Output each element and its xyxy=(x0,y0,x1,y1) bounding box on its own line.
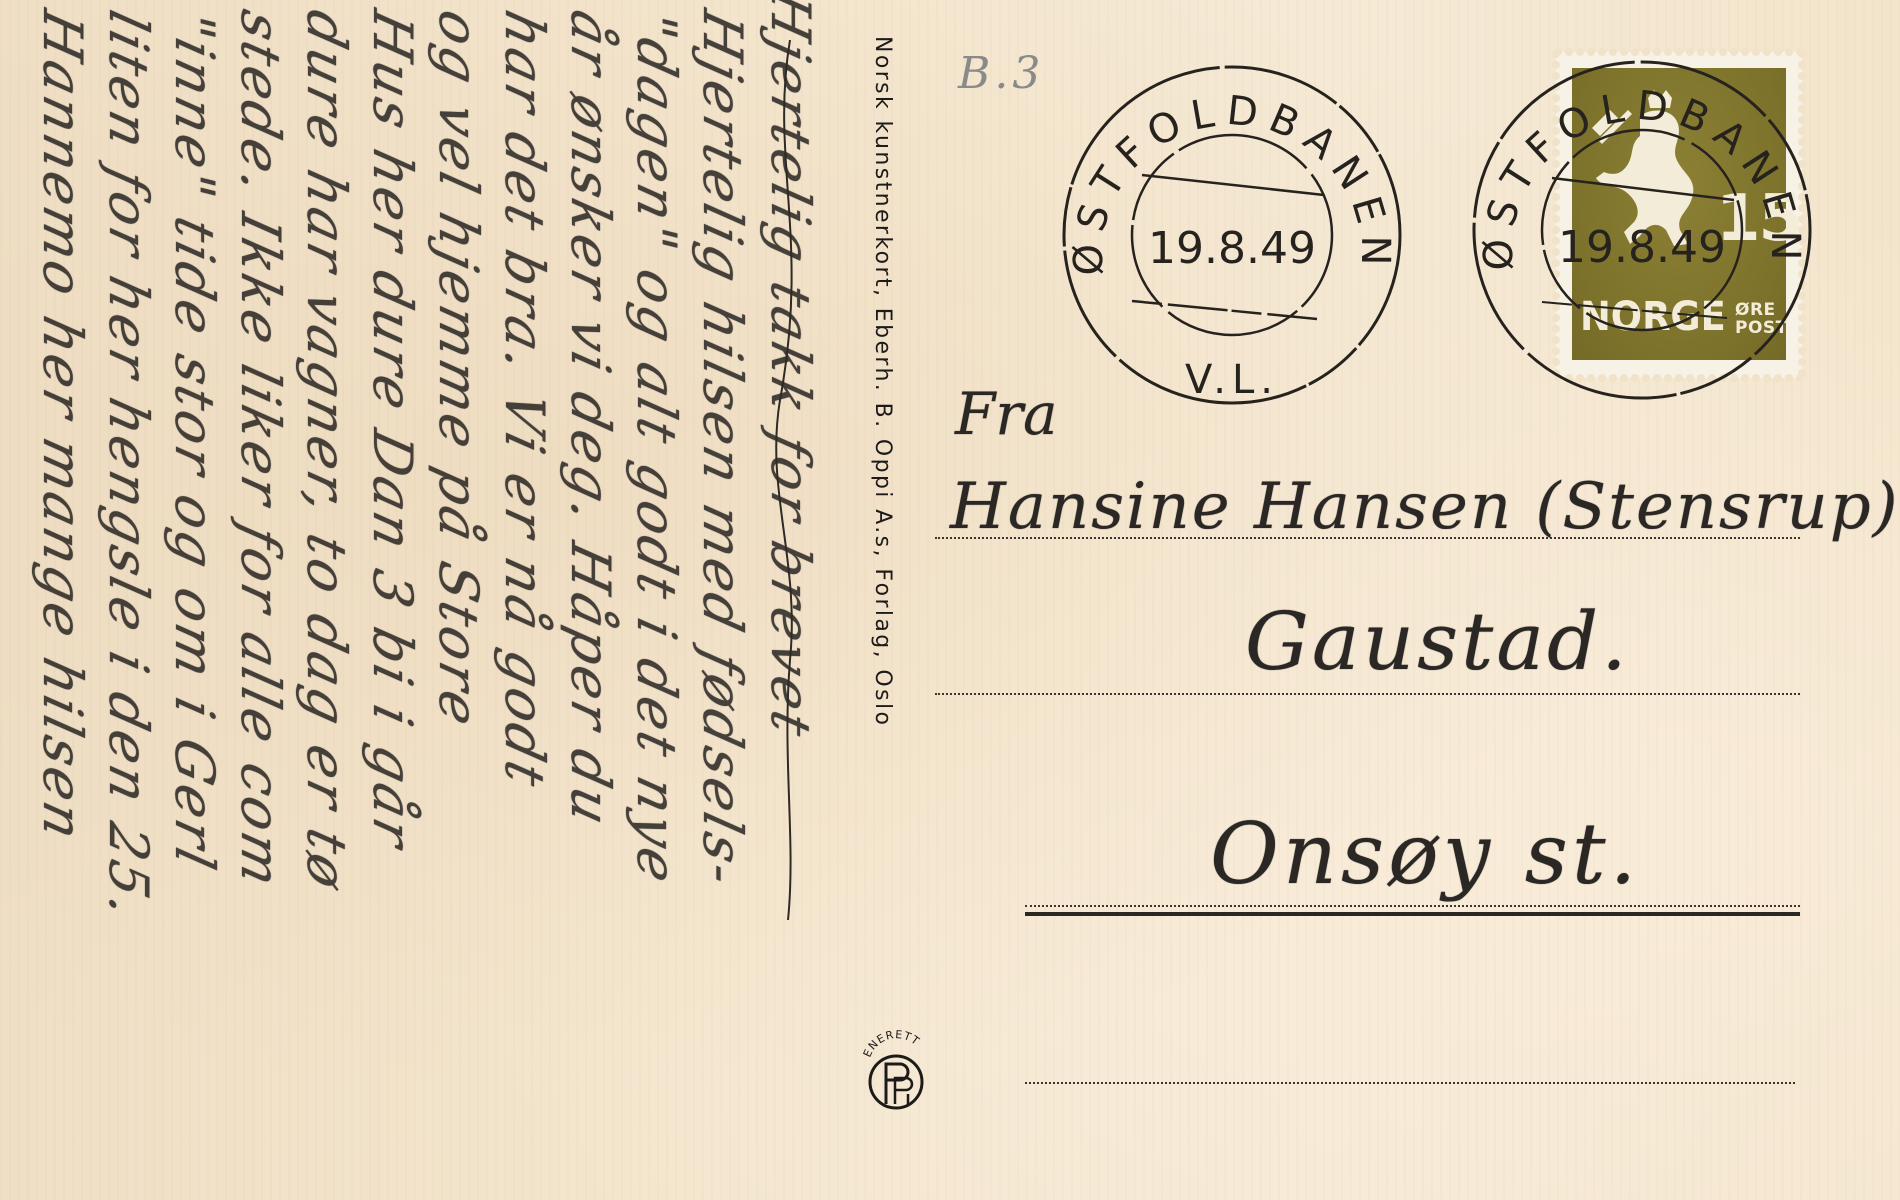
pencil-note: B.3 xyxy=(958,48,1044,99)
postmark-bottom-text: V.L. xyxy=(1185,357,1279,403)
message-line: år ønsker vi deg. Håper du xyxy=(559,4,622,834)
message-line: Hjertelig hilsen med fødsels- xyxy=(691,4,754,894)
message-line: "dagen" og alt godt i det nye xyxy=(625,4,688,892)
postmark-cancel-on-stamp: ØSTFOLDBANEN 19.8.49 xyxy=(1462,50,1822,410)
message-line: dure har vagner, to dag er tø xyxy=(295,4,358,898)
signature-flourish-stroke xyxy=(760,40,820,920)
recipient-name: Hansine Hansen (Stensrup) xyxy=(950,470,1900,544)
address-line-4 xyxy=(1025,1082,1795,1084)
handwritten-message: Hjertelig takk for brevet Hjertelig hils… xyxy=(0,0,850,1200)
message-line: stede. Ikke liker for alle com xyxy=(229,4,292,895)
address-underline xyxy=(1025,912,1800,916)
enerett-logo-icon: ENERETT xyxy=(858,1020,934,1116)
postmark-cancel: ØSTFOLDBANEN 19.8.49 V.L. xyxy=(1052,55,1412,415)
message-line: Hannemo her mange hilsen xyxy=(31,4,94,849)
publisher-imprint: Norsk kunstnerkort, Eberh. B. Oppi A.s, … xyxy=(870,36,895,727)
from-label: Fra xyxy=(955,380,1058,448)
postmark-date: 19.8.49 xyxy=(1148,223,1316,274)
svg-text:ENERETT: ENERETT xyxy=(861,1028,923,1059)
address-line-1 xyxy=(935,537,1800,539)
postmark-date: 19.8.49 xyxy=(1558,222,1726,273)
address-line-3 xyxy=(1025,905,1800,907)
message-line: og vel hjemme på Store xyxy=(427,4,490,735)
recipient-place: Onsøy st. xyxy=(1210,805,1640,903)
message-line: liten for her hengsle i den 25. xyxy=(97,4,160,927)
message-line: har det bra. Vi er nå godt xyxy=(493,4,556,795)
message-line: Hus her dure Dan 3 bi i går xyxy=(361,4,424,856)
enerett-label: ENERETT xyxy=(861,1028,923,1059)
message-line: "inne" tide stor og om i Gerl xyxy=(163,4,226,878)
recipient-city: Gaustad. xyxy=(1245,595,1630,688)
address-line-2 xyxy=(935,693,1800,695)
